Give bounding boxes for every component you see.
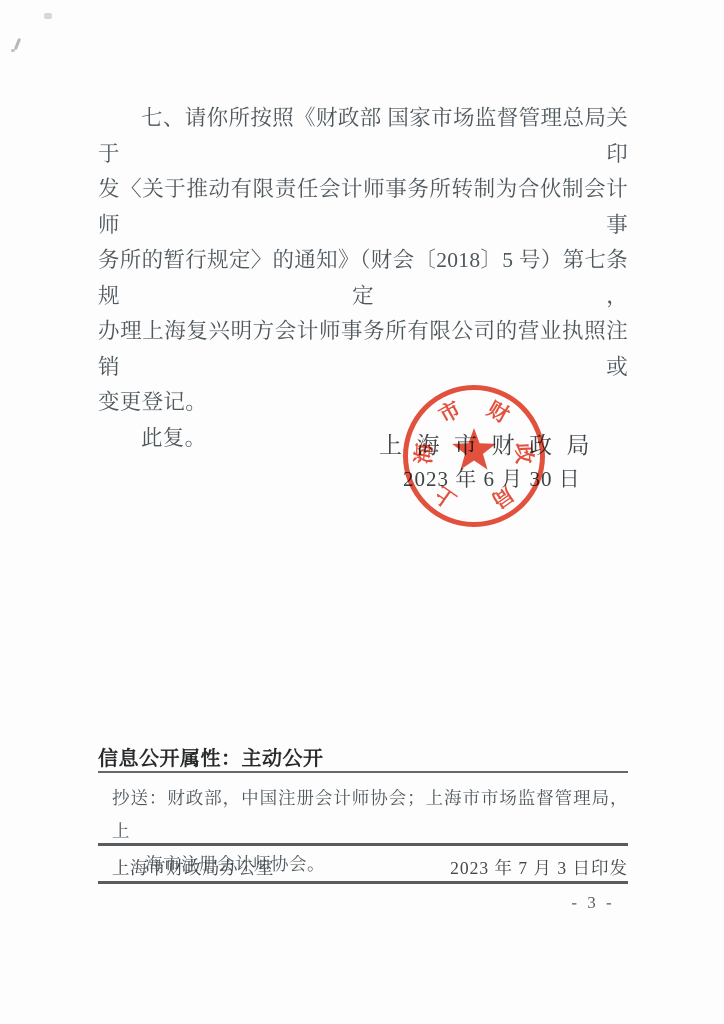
body-line: 发〈关于推动有限责任会计师事务所转制为合伙制会计师事 bbox=[98, 172, 628, 243]
body-line: 务所的暂行规定〉的通知》（财会〔2018〕5 号）第七条规定， bbox=[98, 243, 628, 314]
cc-label: 抄送： bbox=[112, 788, 167, 808]
disclosure-label: 信息公开属性： bbox=[98, 748, 242, 770]
scan-speck bbox=[14, 38, 21, 50]
print-date: 2023 年 7 月 3 日印发 bbox=[450, 855, 628, 880]
seal-star bbox=[452, 428, 496, 470]
cc-line: 抄送：财政部，中国注册会计师协会；上海市市场监督管理局，上 bbox=[98, 782, 628, 848]
issuing-office: 上海市财政局办公室 bbox=[98, 855, 274, 880]
divider-line bbox=[98, 881, 628, 884]
page-number: - 3 - bbox=[557, 893, 629, 913]
cc-text: 财政部，中国注册会计师协会；上海市市场监督管理局，上 bbox=[112, 788, 628, 841]
issuer-row: 上海市财政局办公室 2023 年 7 月 3 日印发 bbox=[98, 855, 628, 880]
scan-speck bbox=[11, 49, 15, 52]
document-page: 七、请你所按照《财政部 国家市场监督管理总局关于印 发〈关于推动有限责任会计师事… bbox=[0, 0, 724, 1024]
seal-char: 局 bbox=[487, 481, 518, 513]
scan-speck bbox=[44, 13, 52, 19]
disclosure-value: 主动公开 bbox=[242, 748, 324, 770]
official-seal: 上 海 市 财 政 局 bbox=[389, 371, 559, 541]
seal-char: 财 bbox=[483, 397, 513, 428]
seal-char: 海 bbox=[412, 441, 437, 464]
seal-char: 上 bbox=[430, 481, 461, 513]
divider-line bbox=[98, 843, 628, 846]
divider-line bbox=[98, 771, 628, 773]
body-line: 七、请你所按照《财政部 国家市场监督管理总局关于印 bbox=[98, 101, 628, 172]
seal-char: 市 bbox=[435, 397, 465, 428]
seal-char: 政 bbox=[511, 442, 536, 464]
disclosure-line: 信息公开属性：主动公开 bbox=[98, 742, 324, 771]
